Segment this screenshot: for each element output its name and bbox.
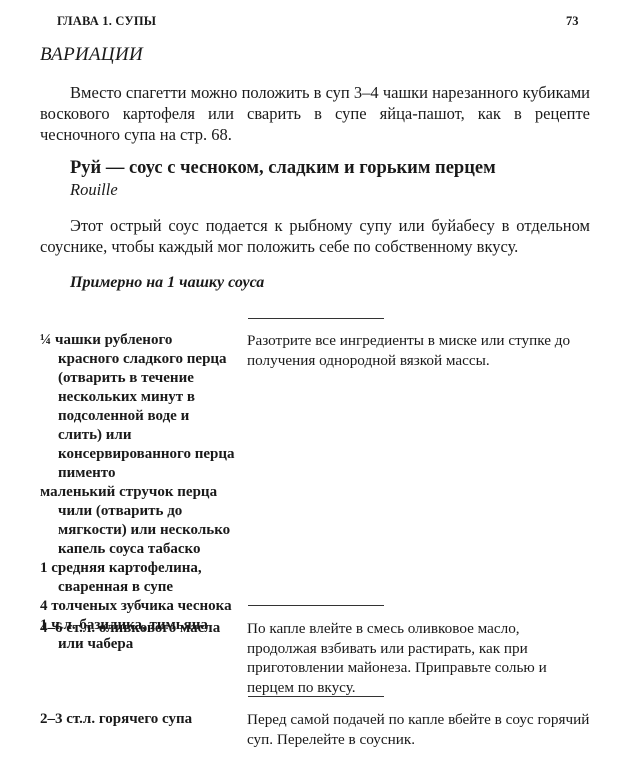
step-1-instruction: Разотрите все ингредиенты в миске или ст… — [247, 331, 592, 370]
recipe-yield: Примерно на 1 чашку соуса — [70, 274, 264, 292]
recipe-title: Руй — соус с чесноком, сладким и горьким… — [70, 158, 496, 179]
step-2-instruction: По капле влейте в смесь оливковое масло,… — [247, 619, 592, 697]
variations-paragraph: Вместо спагетти можно положить в суп 3–4… — [40, 82, 590, 145]
ingredient-item: маленький стручок перца чили (отварить д… — [40, 483, 235, 559]
step-2-ingredients: 4–6 ст.л. оливкового масла — [40, 619, 235, 638]
step-3-ingredients: 2–3 ст.л. горячего супа — [40, 710, 235, 729]
variations-heading: ВАРИАЦИИ — [40, 44, 143, 66]
recipe-subtitle: Rouille — [70, 180, 118, 200]
ingredient-item: 4–6 ст.л. оливкового масла — [40, 619, 235, 638]
running-head: ГЛАВА 1. СУПЫ — [57, 14, 156, 29]
ingredient-item: 1 средняя картофелина, сваренная в супе — [40, 559, 235, 597]
step-divider — [248, 318, 384, 319]
step-1-ingredients: ¼ чашки рубленого красного сладкого перц… — [40, 331, 235, 654]
ingredient-item: 2–3 ст.л. горячего супа — [40, 710, 235, 729]
ingredient-item: ¼ чашки рубленого красного сладкого перц… — [40, 331, 235, 483]
step-divider — [248, 605, 384, 606]
page-number: 73 — [566, 14, 579, 29]
step-3-instruction: Перед самой подачей по капле вбейте в со… — [247, 710, 592, 749]
ingredient-item: 4 толченых зубчика чеснока — [40, 597, 235, 616]
recipe-intro: Этот острый соус подается к рыбному супу… — [40, 215, 590, 257]
step-divider — [248, 696, 384, 697]
